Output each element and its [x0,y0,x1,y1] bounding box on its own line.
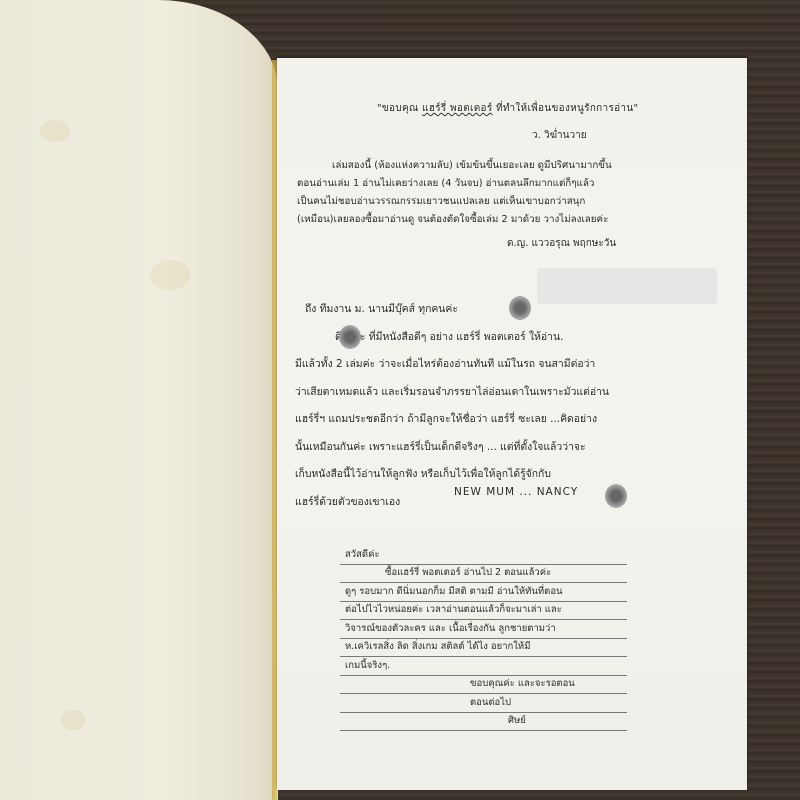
letter2-line: เก็บหนังสือนี้ไว้อ่านให้ลูกฟัง หรือเก็บไ… [295,461,609,489]
letter1-line: ตอนอ่านเล่ม 1 อ่านไม่เคยว่างเลย (4 วันจบ… [297,175,612,193]
right-page: "ขอบคุณ แฮร์รี่ พอตเตอร์ ที่ทำให้เพื่อนข… [277,58,747,790]
letter2-line: ถึง ทีมงาน ม. นานมีบุ๊คส์ ทุกคนค่ะ [295,296,609,324]
letter1-author: ว. วิฆ่ำนวาย [532,128,587,143]
title-underlined: แฮร์รี่ พอตเตอร์ [422,103,492,114]
letter2-signature: NEW MUM ... NANCY [454,486,578,498]
title-prefix: "ขอบคุณ [377,103,422,114]
letter3-line: ต่อไปไวไวหน่อยค่ะ เวลาอ่านตอนแล้วก็จะมาเ… [345,602,562,617]
letter2-line: ว่าเสียตาเหมดแล้ว และเริ่มรอนจำภรรยาไล่อ… [295,379,609,407]
letter3-line: วิจารณ์ของตัวละคร และ เนื้อเรื่องกัน ลูก… [345,621,556,636]
letter2-line: นั้นเหมือนกันค่ะ เพราะแฮร์รี่เป็นเด็กดีจ… [295,434,609,462]
page-stain [150,260,190,290]
page-stain [60,710,86,730]
letter1-line: เป็นคนไม่ชอบอ่านวรรณกรรมเยาวชนแปลเลย แต่… [297,193,612,211]
letter3-line: ห.เควิเรลสิ่ง ลิด สิ่งเกม สติลต์ ได้ไง อ… [345,639,530,654]
letter3-line: เกมนี้จริงๆ. [345,658,390,673]
letter1-title: "ขอบคุณ แฮร์รี่ พอตเตอร์ ที่ทำให้เพื่อนข… [377,101,638,116]
sticker-icon [339,325,361,349]
letter1-line: เล่มสองนี้ (ห้องแห่งความลับ) เข้มข้นขึ้น… [297,157,612,175]
letter3-line: ซื้อแฮร์รี่ พอตเตอร์ อ่านไป 2 ตอนแล้วค่ะ [385,565,551,580]
page-stain [40,120,70,142]
title-suffix: ที่ทำให้เพื่อนของหนูรักการอ่าน" [493,103,639,114]
letter2-line: แฮร์รี่ฯ แถมประชดอีกว่า ถ้ามีลูกจะให้ชื่… [295,406,609,434]
letter1-signature: ด.ญ. แววอรุณ พฤกษะวัน [507,236,616,251]
letter1-body: เล่มสองนี้ (ห้องแห่งความลับ) เข้มข้นขึ้น… [297,157,612,229]
letter3-closing: ตอนต่อไป [470,695,511,710]
letter3-closing: ศิษย์ [508,713,526,728]
letter3-line: ดูๆ รอบมาก ดีนิ่มนอกก็ม มีสติ ตามมี อ่าน… [345,584,563,599]
letter3-closing: ขอบคุณค่ะ และจะรอตอน [470,676,575,691]
letter3-lined-form: สวัสดีค่ะ ซื้อแฮร์รี่ พอตเตอร์ อ่านไป 2 … [340,546,627,731]
sticker-icon [509,296,531,320]
left-page-blank [0,0,278,800]
letter3-greeting: สวัสดีค่ะ [345,547,380,562]
letter1-line: (เหมือน)เลยลองซื้อมาอ่านดู จนต้องตัดใจซื… [297,211,612,229]
sticker-icon [605,484,627,508]
letter2-line: มีแล้วทั้ง 2 เล่มค่ะ ว่าจะเมื่อไหร่ต้องอ… [295,351,609,379]
